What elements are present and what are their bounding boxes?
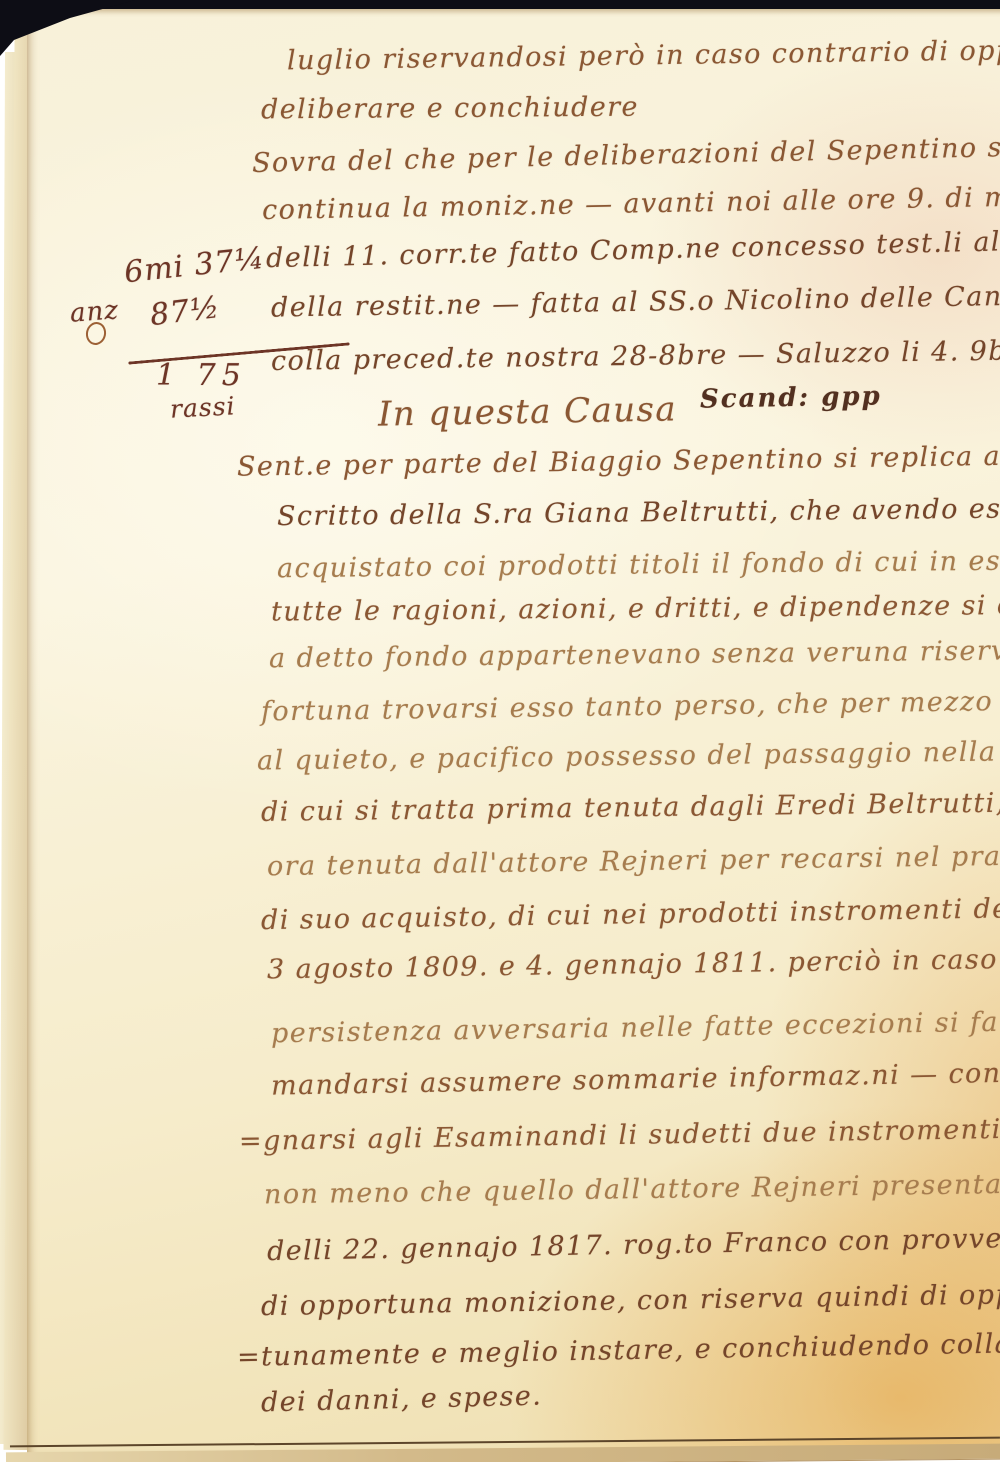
clerk-signature: Scand: gpp xyxy=(700,381,882,414)
section-heading: In questa Causa xyxy=(378,389,678,434)
manuscript-line: deliberare e conchiudere xyxy=(261,92,639,126)
margin-total: 1 75 xyxy=(156,358,247,393)
manuscript-line: tutte le ragioni, azioni, e dritti, e di… xyxy=(271,589,1000,627)
document-scan: luglio riservandosi però in caso contrar… xyxy=(0,0,1000,1483)
scanner-background xyxy=(0,1462,1000,1483)
scanner-edge-top xyxy=(0,0,1000,9)
margin-total-label: rassi xyxy=(169,391,236,423)
